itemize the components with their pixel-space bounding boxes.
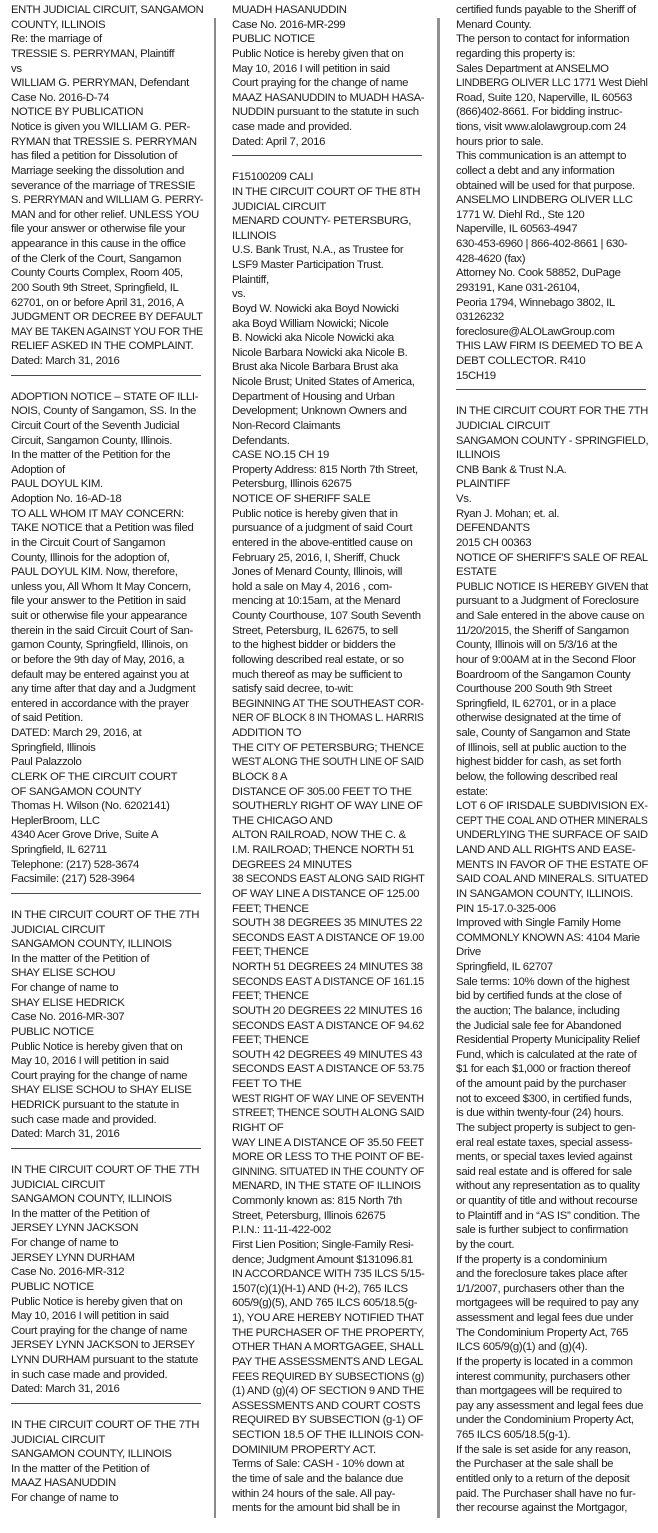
notice-text-line: (866)402-8661. For bidding instruc- [456, 105, 622, 120]
notice-text-line: the auction; The balance, including [456, 1004, 620, 1019]
notice-text-line: is due within twenty-four (24) hours. [456, 1106, 623, 1121]
notice-text-line: PUBLIC NOTICE [232, 32, 315, 47]
notice-text-line: without any representation as to quality [456, 1179, 640, 1194]
notice-text-line: Case No. 2016-MR-312 [11, 1265, 124, 1280]
notice-text-line: severance of the marriage of TRESSIE [11, 179, 195, 194]
notice-text-line: entered in the above-entitled cause on [232, 536, 412, 551]
notice-text-line: If the property is a condominium [456, 1253, 607, 1268]
notice-text-line: foreclosure@ALOLawGroup.com [456, 325, 615, 340]
notice-text-line: THE CITY OF PETERSBURG; THENCE [232, 741, 424, 756]
notice-text-line: Springfield, Illinois [11, 741, 95, 756]
notice-text-line: Boyd W. Nowicki aka Boyd Nowicki [232, 302, 399, 317]
notice-text-line: SECONDS EAST A DISTANCE OF 53.75 [232, 1062, 424, 1077]
notice-text-line: ALTON RAILROAD, NOW THE C. & [232, 828, 406, 843]
notice-text-line: LSF9 Master Participation Trust. [232, 258, 384, 273]
notice-text-line: FEET; THENCE [232, 989, 309, 1004]
notice-text-line: Court praying for the change of name [232, 76, 408, 91]
notice-text-line: in the Circuit Court of Sangamon [11, 536, 165, 551]
notice-text-line: SHAY ELISE SCHOU [11, 966, 115, 981]
notice-text-line: SOUTH 42 DEGREES 49 MINUTES 43 [232, 1048, 422, 1063]
notice-separator-rule [232, 155, 422, 156]
notice-text-line: OTHER THAN A MORTGAGEE, SHALL [232, 1340, 424, 1355]
notice-separator-rule [456, 389, 646, 390]
notice-text-line: I.M. RAILROAD; THENCE NORTH 51 [232, 843, 414, 858]
notice-text-line: CLERK OF THE CIRCUIT COURT [11, 770, 177, 785]
notice-text-line: SHAY ELISE HEDRICK [11, 996, 125, 1011]
notice-text-line: Improved with Single Family Home [456, 916, 621, 931]
notice-text-line: THE CHICAGO AND [232, 814, 332, 829]
notice-text-line: IN THE CIRCUIT COURT OF THE 7TH [11, 908, 199, 923]
notice-text-line: MAN and for other relief. UNLESS YOU [11, 208, 199, 223]
column-1: ENTH JUDICIAL CIRCUIT, SANGAMONCOUNTY, I… [11, 3, 203, 1506]
notice-text-line: than mortgagees will be required to [456, 1384, 622, 1399]
notice-text-line: 200 South 9th Street, Springfield, IL [11, 281, 179, 296]
notice-text-line: MORE OR LESS TO THE POINT OF BE- [232, 1150, 424, 1165]
notice-text-line: SANGAMON COUNTY, ILLINOIS [11, 1447, 172, 1462]
notice-text-line: MAAZ HASANUDDIN [11, 1476, 116, 1491]
notice-text-line: satisfy said decree, to-wit: [232, 682, 353, 697]
notice-text-line: paid. The Purchaser shall have no fur- [456, 1487, 636, 1502]
notice-text-line: entered in accordance with the prayer [11, 697, 189, 712]
notice-text-line: If the sale is set aside for any reason, [456, 1443, 631, 1458]
notice-text-line: LINDBERG OLIVER LLC 1771 West Diehl [456, 76, 648, 91]
notice-text-line: hours prior to sale. [456, 135, 543, 150]
notice-text-line: obtained will be used for that purpose. [456, 179, 635, 194]
notice-text-line: Telephone: (217) 528-3674 [11, 858, 139, 873]
notice-text-line: IN SANGAMON COUNTY, ILLINOIS. [456, 887, 633, 902]
notice-text-line: Sales Department at ANSELMO [456, 62, 609, 77]
notice-text-line: County, Illinois for the adoption of, [11, 551, 169, 566]
notice-text-line: Court praying for the change of name [11, 1324, 187, 1339]
notice-text-line: Residential Property Municipality Relief [456, 1033, 640, 1048]
legal-notice: certified funds payable to the Sheriff o… [456, 3, 648, 390]
notice-text-line: 4340 Acer Grove Drive, Suite A [11, 828, 158, 843]
notice-text-line: sale is further subject to confirmation [456, 1223, 628, 1238]
notice-text-line: LOT 6 OF IRISDALE SUBDIVISION EX- [456, 799, 648, 814]
notice-text-line: In the matter of the Petition of [11, 1462, 149, 1477]
notice-text-line: DISTANCE OF 305.00 FEET TO THE [232, 785, 412, 800]
notice-text-line: MENARD, IN THE STATE OF ILLINOIS [232, 1179, 421, 1194]
notice-text-line: interest community, purchasers other [456, 1370, 630, 1385]
notice-text-line: If the property is located in a common [456, 1355, 633, 1370]
column-divider [437, 18, 440, 1518]
notice-text-line: 630-453-6960 | 866-402-8661 | 630- [456, 237, 627, 252]
notice-text-line: May 10, 2016 I will petition in said [11, 1309, 169, 1324]
notice-text-line: Marriage seeking the dissolution and [11, 164, 184, 179]
notice-text-line: the Purchaser at the sale shall be [456, 1457, 613, 1472]
notice-text-line: any time after that day and a Judgment [11, 682, 195, 697]
notice-text-line: WAY LINE A DISTANCE OF 35.50 FEET [232, 1136, 424, 1151]
notice-text-line: Public Notice is hereby given that on [11, 1040, 182, 1055]
notice-text-line: NOTICE OF SHERIFF SALE [232, 492, 371, 507]
notice-text-line: SOUTHERLY RIGHT OF WAY LINE OF [232, 799, 423, 814]
notice-text-line: UNDERLYING THE SURFACE OF SAID [456, 828, 648, 843]
notice-text-line: dence; Judgment Amount $131096.81 [232, 1253, 413, 1268]
notice-text-line: Boardroom of the Sangamon County [456, 668, 630, 683]
notice-text-line: and Sale entered in the above cause on [456, 609, 644, 624]
notice-text-line: therein in the said Circuit Court of San… [11, 624, 193, 639]
notice-text-line: SANGAMON COUNTY, ILLINOIS [11, 937, 172, 952]
notice-text-line: estate: [456, 785, 488, 800]
notice-text-line: DOMINIUM PROPERTY ACT. [232, 1443, 376, 1458]
notice-text-line: under the Condominium Property Act, [456, 1413, 634, 1428]
notice-text-line: S. PERRYMAN and WILLIAM G. PERRY- [11, 193, 203, 208]
notice-text-line: ANSELMO LINDBERG OLIVER LLC [456, 193, 633, 208]
notice-text-line: Dated: April 7, 2016 [232, 135, 325, 150]
column-divider [214, 18, 216, 1518]
notice-text-line: SOUTH 38 DEGREES 35 MINUTES 22 [232, 916, 422, 931]
notice-text-line: ILCS 605/9(g)(1) and (g)(4). [456, 1340, 587, 1355]
notice-text-line: Non-Record Claimants [232, 419, 340, 434]
notice-text-line: tions, visit www.alolawgroup.com 24 [456, 120, 626, 135]
legal-notice: MUADH HASANUDDINCase No. 2016-MR-299PUBL… [232, 3, 424, 156]
notice-text-line: For change of name to [11, 1491, 118, 1506]
notice-text-line: SECONDS EAST A DISTANCE OF 161.15 [232, 975, 424, 990]
notice-text-line: IN THE CIRCUIT COURT OF THE 8TH [232, 185, 420, 200]
legal-notice: ADOPTION NOTICE – STATE OF ILLI-NOIS, Co… [11, 390, 203, 894]
notice-text-line: 1771 W. Diehl Rd., Ste 120 [456, 208, 584, 223]
notice-text-line: Nicole Brust; United States of America, [232, 375, 415, 390]
notice-text-line: NER OF BLOCK 8 IN THOMAS L. HARRIS [232, 711, 424, 726]
notice-text-line: Attorney No. Cook 58852, DuPage [456, 266, 621, 281]
notice-text-line: MUADH HASANUDDIN [232, 3, 347, 18]
notice-text-line: not to exceed $300, in certified funds, [456, 1092, 632, 1107]
notice-text-line: default may be entered against you at [11, 668, 189, 683]
notice-text-line: PAY THE ASSESSMENTS AND LEGAL [232, 1355, 423, 1370]
notice-text-line: vs. [232, 287, 246, 302]
notice-text-line: case made and provided. [232, 120, 352, 135]
notice-text-line: NOTICE OF SHERIFF'S SALE OF REAL [456, 551, 648, 566]
legal-notice: IN THE CIRCUIT COURT OF THE 7THJUDICIAL … [11, 908, 203, 1149]
notice-text-line: 605/9(g)(5), AND 765 ILCS 605/18.5(g- [232, 1296, 417, 1311]
notice-text-line: Re: the marriage of [11, 32, 102, 47]
notice-separator-rule [11, 1148, 201, 1149]
notice-text-line: The subject property is subject to gen- [456, 1121, 635, 1136]
notice-text-line: THIS LAW FIRM IS DEEMED TO BE A [456, 339, 642, 354]
notice-text-line: In the matter of the Petition for the [11, 448, 170, 463]
notice-text-line: WILLIAM G. PERRYMAN, Defendant [11, 76, 189, 91]
notice-text-line: Brust aka Nicole Barbara Brust aka [232, 360, 398, 375]
notice-text-line: WEST RIGHT OF WAY LINE OF SEVENTH [232, 1092, 424, 1107]
notice-text-line: to Plaintiff and in “AS IS” condition. T… [456, 1209, 640, 1224]
notice-text-line: of the Clerk of the Court, Sangamon [11, 252, 181, 267]
notice-text-line: WEST ALONG THE SOUTH LINE OF SAID [232, 755, 424, 770]
notice-text-line: 1/1/2007, purchasers other than the [456, 1282, 624, 1297]
notice-text-line: $1 for each $1,000 or fraction thereof [456, 1062, 630, 1077]
notice-text-line: PAUL DOYUL KIM. Now, therefore, [11, 565, 178, 580]
notice-text-line: IN ACCORDANCE WITH 735 ILCS 5/15- [232, 1267, 424, 1282]
notice-text-line: ESTATE [456, 565, 497, 580]
notice-text-line: aka Boyd William Nowicki; Nicole [232, 317, 389, 332]
notice-text-line: said real estate and is offered for sale [456, 1165, 632, 1180]
notice-text-line: Case No. 2016-D-74 [11, 91, 109, 106]
notice-text-line: JERSEY LYNN DURHAM [11, 1251, 135, 1266]
notice-text-line: below, the following described real [456, 770, 617, 785]
notice-text-line: Development; Unknown Owners and [232, 404, 407, 419]
notice-text-line: of Illinois, sell at public auction to t… [456, 741, 626, 756]
notice-text-line: 38 SECONDS EAST ALONG SAID RIGHT [232, 872, 424, 887]
notice-text-line: SAID COAL AND MINERALS. SITUATED [456, 872, 648, 887]
notice-text-line: Paul Palazzolo [11, 755, 81, 770]
notice-text-line: DEFENDANTS [456, 521, 530, 536]
notice-text-line: Terms of Sale: CASH - 10% down at [232, 1457, 404, 1472]
notice-text-line: BEGINNING AT THE SOUTHEAST COR- [232, 697, 424, 712]
notice-text-line: Case No. 2016-MR-307 [11, 1010, 124, 1025]
notice-text-line: Adoption of [11, 463, 65, 478]
notice-text-line: Drive [456, 945, 481, 960]
notice-text-line: BLOCK 8 A [232, 770, 287, 785]
notice-text-line: Sale terms: 10% down of the highest [456, 975, 629, 990]
legal-notice: F15100209 CALIIN THE CIRCUIT COURT OF TH… [232, 170, 424, 1516]
notice-text-line: REQUIRED BY SUBSECTION (g-1) OF [232, 1413, 423, 1428]
notice-text-line: IN THE CIRCUIT COURT FOR THE 7TH [456, 404, 648, 419]
notice-text-line: P.I.N.: 11-11-422-002 [232, 1223, 331, 1238]
notice-text-line: mencing at 10:15am, at the Menard [232, 594, 400, 609]
notice-text-line: Facsimile: (217) 528-3964 [11, 872, 135, 887]
notice-text-line: ADDITION TO [232, 726, 301, 741]
notice-text-line: SANGAMON COUNTY, ILLINOIS [11, 1192, 172, 1207]
notice-text-line: OF SANGAMON COUNTY [11, 785, 141, 800]
notice-text-line: gamon County, Springfield, Illinois, on [11, 638, 188, 653]
notice-text-line: pay any assessment and legal fees due [456, 1399, 643, 1414]
notice-text-line: PAUL DOYUL KIM. [11, 477, 103, 492]
notice-text-line: HeplerBroom, LLC [11, 814, 100, 829]
notice-text-line: SANGAMON COUNTY - SPRINGFIELD, [456, 434, 648, 449]
notice-text-line: FEET TO THE [232, 1077, 301, 1092]
notice-text-line: PIN 15-17.0-325-006 [456, 902, 556, 917]
notice-separator-rule [11, 375, 201, 376]
notice-text-line: Naperville, IL 60563-4947 [456, 222, 577, 237]
notice-text-line: 11/20/2015, the Sheriff of Sangamon [456, 624, 629, 639]
notice-text-line: FEES REQUIRED BY SUBSECTIONS (g) [232, 1370, 424, 1385]
notice-text-line: RIGHT OF [232, 1121, 283, 1136]
notice-text-line: MAAZ HASANUDDIN to MUADH HASA- [232, 91, 424, 106]
notice-text-line: Notice is given you WILLIAM G. PER- [11, 120, 190, 135]
notice-text-line: certified funds payable to the Sheriff o… [456, 3, 636, 18]
notice-text-line: pursuant to a Judgment of Foreclosure [456, 594, 639, 609]
notice-text-line: JERSEY LYNN JACKSON [11, 1221, 138, 1236]
notice-text-line: collect a debt and any information [456, 164, 614, 179]
notice-text-line: Adoption No. 16-AD-18 [11, 492, 121, 507]
notice-text-line: Court praying for the change of name [11, 1069, 187, 1084]
notice-text-line: GINNING. SITUATED IN THE COUNTY OF [232, 1165, 424, 1180]
notice-text-line: ILLINOIS [232, 229, 276, 244]
notice-text-line: ASSESSMENTS AND COURT COSTS [232, 1399, 420, 1414]
notice-text-line: Public Notice is hereby given that on [11, 1295, 182, 1310]
notice-text-line: or before the 9th day of May, 2016, a [11, 653, 184, 668]
notice-text-line: PUBLIC NOTICE [11, 1280, 94, 1295]
notice-text-line: MAY BE TAKEN AGAINST YOU FOR THE [11, 325, 203, 340]
notice-text-line: FEET; THENCE [232, 945, 309, 960]
legal-notice: IN THE CIRCUIT COURT OF THE 7THJUDICIAL … [11, 1418, 203, 1506]
notice-text-line: THE PURCHASER OF THE PROPERTY, [232, 1326, 424, 1341]
notice-text-line: following described real estate, or so [232, 653, 404, 668]
notice-text-line: STREET; THENCE SOUTH ALONG SAID [232, 1106, 424, 1121]
column-3: certified funds payable to the Sheriff o… [456, 3, 648, 1516]
notice-text-line: LYNN DURHAM pursuant to the statute [11, 1353, 198, 1368]
notice-text-line: NOTICE BY PUBLICATION [11, 105, 143, 120]
notice-text-line: Springfield, IL 62707 [456, 960, 553, 975]
notice-text-line: Peoria 1794, Winnebago 3802, IL [456, 296, 615, 311]
notice-text-line: appearance in this cause in the office [11, 237, 186, 252]
notice-text-line: entitled only to a return of the deposit [456, 1472, 629, 1487]
notice-text-line: In the matter of the Petition of [11, 1207, 149, 1222]
notice-text-line: much thereof as may be sufficient to [232, 668, 402, 683]
notice-text-line: and the foreclosure takes place after [456, 1267, 627, 1282]
legal-notices-page: ENTH JUDICIAL CIRCUIT, SANGAMONCOUNTY, I… [0, 0, 658, 1533]
notice-text-line: Street, Petersburg, Illinois 62675 [232, 1209, 385, 1224]
notice-text-line: Public notice is hereby given that in [232, 507, 398, 522]
notice-text-line: In the matter of the Petition of [11, 952, 149, 967]
notice-text-line: Menard County. [456, 18, 531, 33]
notice-text-line: suit or otherwise file your appearance [11, 609, 187, 624]
notice-text-line: hold a sale on May 4, 2016 , com- [232, 580, 392, 595]
notice-text-line: ments for the amount bid shall be in [232, 1501, 400, 1516]
notice-text-line: Plaintiff, [232, 273, 269, 288]
notice-text-line: file your answer to the Petition in said [11, 594, 186, 609]
notice-text-line: unless you, All Whom It May Concern, [11, 580, 191, 595]
notice-text-line: vs [11, 62, 22, 77]
notice-text-line: For change of name to [11, 981, 118, 996]
notice-text-line: The Condominium Property Act, 765 [456, 1326, 628, 1341]
notice-text-line: MENARD COUNTY- PETERSBURG, [232, 214, 411, 229]
notice-text-line: County Courts Complex, Room 405, [11, 266, 183, 281]
notice-text-line: in such case made and provided. [11, 1368, 167, 1383]
notice-text-line: COUNTY, ILLINOIS [11, 18, 105, 33]
notice-text-line: hour of 9:00AM at in the Second Floor [456, 653, 636, 668]
notice-text-line: For change of name to [11, 1236, 118, 1251]
notice-text-line: Commonly known as: 815 North 7th [232, 1194, 402, 1209]
notice-text-line: ther recourse against the Mortgagor, [456, 1501, 627, 1516]
notice-text-line: Jones of Menard County, Illinois, will [232, 565, 402, 580]
notice-text-line: NOIS, County of Sangamon, SS. In the [11, 404, 196, 419]
notice-text-line: of the amount paid by the purchaser [456, 1077, 626, 1092]
notice-text-line: DEBT COLLECTOR. R410 [456, 354, 585, 369]
notice-text-line: bid by certified funds at the close of [456, 989, 621, 1004]
notice-text-line: TRESSIE S. PERRYMAN, Plaintiff [11, 47, 174, 62]
notice-text-line: First Lien Position; Single-Family Resi- [232, 1238, 414, 1253]
notice-text-line: Road, Suite 120, Naperville, IL 60563 [456, 91, 632, 106]
notice-text-line: sale, County of Sangamon and State [456, 726, 630, 741]
notice-text-line: 62701, on or before April 31, 2016, A [11, 296, 184, 311]
notice-text-line: to the highest bidder or bidders the [232, 638, 395, 653]
notice-text-line: 428-4620 (fax) [456, 252, 525, 267]
notice-text-line: HEDRICK pursuant to the statute in [11, 1098, 179, 1113]
notice-text-line: CNB Bank & Trust N.A. [456, 463, 566, 478]
notice-text-line: LAND AND ALL RIGHTS AND EASE- [456, 843, 635, 858]
notice-text-line: F15100209 CALI [232, 170, 313, 185]
notice-text-line: Dated: March 31, 2016 [11, 1127, 120, 1142]
notice-text-line: NORTH 51 DEGREES 24 MINUTES 38 [232, 960, 423, 975]
notice-separator-rule [11, 893, 201, 894]
notice-text-line: PLAINTIFF [456, 477, 510, 492]
notice-text-line: TAKE NOTICE that a Petition was filed [11, 521, 193, 536]
notice-text-line: This communication is an attempt to [456, 149, 626, 164]
notice-text-line: 1), YOU ARE HEREBY NOTIFIED THAT [232, 1311, 424, 1326]
column-2: MUADH HASANUDDINCase No. 2016-MR-299PUBL… [232, 3, 424, 1516]
notice-text-line: TO ALL WHOM IT MAY CONCERN: [11, 507, 184, 522]
notice-text-line: DEGREES 24 MINUTES [232, 858, 352, 873]
notice-text-line: the Judicial sale fee for Abandoned [456, 1019, 621, 1034]
notice-text-line: of said Petition. [11, 711, 83, 726]
notice-text-line: the time of sale and the balance due [232, 1472, 403, 1487]
notice-text-line: by the court. [456, 1238, 514, 1253]
notice-text-line: 765 ILCS 605/18.5(g-1). [456, 1428, 570, 1443]
notice-text-line: JUDICIAL CIRCUIT [232, 200, 326, 215]
notice-text-line: Springfield, IL 62711 [11, 843, 107, 858]
notice-text-line: Ryan J. Mohan; et. al. [456, 507, 559, 522]
notice-text-line: FEET; THENCE [232, 902, 309, 917]
notice-text-line: PUBLIC NOTICE IS HEREBY GIVEN that [456, 580, 648, 595]
notice-text-line: B. Nowicki aka Nicole Nowicki aka [232, 331, 394, 346]
notice-text-line: OF WAY LINE A DISTANCE OF 125.00 [232, 887, 419, 902]
notice-text-line: RYMAN that TRESSIE S. PERRYMAN [11, 135, 197, 150]
notice-text-line: JERSEY LYNN JACKSON to JERSEY [11, 1338, 195, 1353]
notice-text-line: DATED: March 29, 2016, at [11, 726, 141, 741]
notice-text-line: 15CH19 [456, 369, 496, 384]
notice-text-line: MENTS IN FAVOR OF THE ESTATE OF [456, 858, 648, 873]
notice-text-line: RELIEF ASKED IN THE COMPLAINT. [11, 339, 193, 354]
notice-text-line: County, Illinois will on 5/3/16 at the [456, 638, 617, 653]
notice-text-line: PUBLIC NOTICE [11, 1025, 94, 1040]
notice-text-line: or quantity of title and without recours… [456, 1194, 637, 1209]
notice-text-line: IN THE CIRCUIT COURT OF THE 7TH [11, 1163, 199, 1178]
notice-text-line: February 25, 2016, I, Sheriff, Chuck [232, 551, 400, 566]
notice-text-line: 1507(c)(1)(H-1) AND (H-2), 765 ILCS [232, 1282, 408, 1297]
notice-text-line: ILLINOIS [456, 448, 500, 463]
notice-text-line: file your answer or otherwise file your [11, 222, 185, 237]
notice-text-line: U.S. Bank Trust, N.A., as Trustee for [232, 243, 403, 258]
legal-notice: IN THE CIRCUIT COURT OF THE 7THJUDICIAL … [11, 1163, 203, 1404]
notice-text-line: Department of Housing and Urban [232, 390, 395, 405]
notice-text-line: Circuit, Sangamon County, Illinois. [11, 434, 172, 449]
notice-text-line: ADOPTION NOTICE – STATE OF ILLI- [11, 390, 198, 405]
notice-text-line: SECTION 18.5 OF THE ILLINOIS CON- [232, 1428, 423, 1443]
notice-text-line: Springfield, IL 62701, or in a place [456, 697, 616, 712]
notice-text-line: IN THE CIRCUIT COURT OF THE 7TH [11, 1418, 199, 1433]
notice-text-line: JUDICIAL CIRCUIT [11, 1433, 105, 1448]
notice-text-line: SHAY ELISE SCHOU to SHAY ELISE [11, 1083, 191, 1098]
notice-text-line: Courthouse 200 South 9th Street [456, 682, 612, 697]
notice-text-line: The person to contact for information [456, 32, 629, 47]
notice-text-line: JUDICIAL CIRCUIT [456, 419, 550, 434]
notice-text-line: Vs. [456, 492, 471, 507]
notice-text-line: assessment and legal fees due under [456, 1311, 633, 1326]
notice-text-line: Fund, which is calculated at the rate of [456, 1048, 636, 1063]
notice-text-line: Dated: March 31, 2016 [11, 354, 120, 369]
notice-text-line: SECONDS EAST A DISTANCE OF 19.00 [232, 931, 424, 946]
notice-text-line: Dated: March 31, 2016 [11, 1382, 120, 1397]
notice-text-line: Petersburg, Illinois 62675 [232, 477, 351, 492]
notice-text-line: Public Notice is hereby given that on [232, 47, 403, 62]
notice-text-line: Case No. 2016-MR-299 [232, 18, 345, 33]
notice-text-line: COMMONLY KNOWN AS: 4104 Marie [456, 931, 640, 946]
notice-text-line: mortgagees will be required to pay any [456, 1296, 638, 1311]
notice-text-line: Circuit Court of the Seventh Judicial [11, 419, 179, 434]
legal-notice: ENTH JUDICIAL CIRCUIT, SANGAMONCOUNTY, I… [11, 3, 203, 376]
notice-text-line: eral real estate taxes, special assess- [456, 1136, 632, 1151]
notice-text-line: Property Address: 815 North 7th Street, [232, 463, 418, 478]
notice-text-line: Street, Petersburg, IL 62675, to sell [232, 624, 398, 639]
notice-text-line: May 10, 2016 I will petition in said [11, 1054, 169, 1069]
notice-text-line: County Courthouse, 107 South Seventh [232, 609, 421, 624]
notice-separator-rule [11, 1403, 201, 1404]
notice-text-line: JUDICIAL CIRCUIT [11, 923, 105, 938]
notice-text-line: such case made and provided. [11, 1113, 156, 1128]
notice-text-line: CEPT THE COAL AND OTHER MINERALS [456, 814, 648, 829]
notice-text-line: otherwise designated at the time of [456, 711, 620, 726]
notice-text-line: (1) AND (g)(4) OF SECTION 9 AND THE [232, 1384, 424, 1399]
